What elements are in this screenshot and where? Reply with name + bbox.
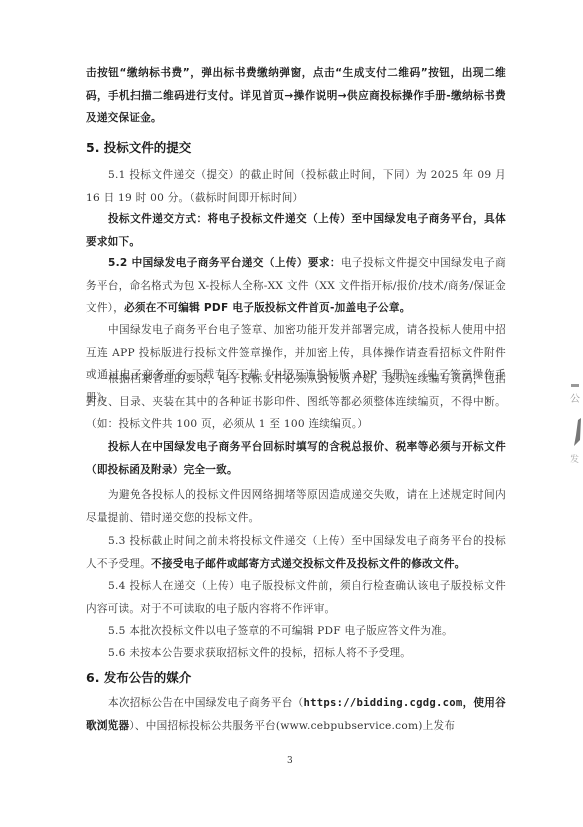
paragraph-5-4: 5.4 投标人在递交（上传）电子版投标文件前，须自行检查确认该电子版投标文件内容… <box>86 575 506 620</box>
paragraph-5-1: 5.1 投标文件递交（提交）的截止时间（投标截止时间，下同）为 2025 年 0… <box>86 164 506 209</box>
seal-stamp-edge-icon: 公 发 <box>568 380 583 470</box>
document-page: 击按钮“缴纳标书费”，弹出标书费缴纳弹窗，点击“生成支付二维码”按钮，出现二维码… <box>0 0 583 827</box>
paragraph-5-3-bold: 不接受电子邮件或邮寄方式递交投标文件及投标文件的修改文件。 <box>151 558 465 570</box>
svg-text:发: 发 <box>570 453 579 465</box>
archive-paragraph: 根据档案管理的要求，电子投标文件必须从封皮页开始，逐页连续编写页码，包括封皮、目… <box>86 368 506 436</box>
paragraph-5-6: 5.6 未按本公告要求获取招标文件的投标，招标人将不予受理。 <box>86 642 506 665</box>
svg-text:公: 公 <box>570 394 580 405</box>
media-paragraph-start: 本次招标公告在中国绿发电子商务平台（ <box>108 697 303 709</box>
paragraph-5-2-requirement: 必须在不可编辑 PDF 电子版投标文件首页-加盖电子公章。 <box>124 302 410 314</box>
consistency-paragraph: 投标人在中国绿发电子商务平台回标时填写的含税总报价、税率等必须与开标文件（即投标… <box>86 436 506 481</box>
media-paragraph: 本次招标公告在中国绿发电子商务平台（https://bidding.cgdg.c… <box>86 692 506 737</box>
section-5-heading: 5. 投标文件的提交 <box>86 138 191 156</box>
paragraph-5-3: 5.3 投标截止时间之前未将投标文件递交（上传）至中国绿发电子商务平台的投标人不… <box>86 530 506 575</box>
network-paragraph: 为避免各投标人的投标文件因网络拥堵等原因造成递交失败，请在上述规定时间内尽量提前… <box>86 484 506 529</box>
media-paragraph-end: ）、中国招标投标公共服务平台(www.cebpubservice.com)上发布 <box>129 720 455 732</box>
paragraph-5-2-title: 5.2 中国绿发电子商务平台递交（上传）要求： <box>108 257 341 269</box>
paragraph-5-5: 5.5 本批次投标文件以电子签章的不可编辑 PDF 电子版应答文件为准。 <box>86 620 506 643</box>
page-number: 3 <box>287 756 293 766</box>
paragraph-5-2: 5.2 中国绿发电子商务平台递交（上传）要求：电子投标文件提交中国绿发电子商务平… <box>86 252 506 320</box>
intro-paragraph: 击按钮“缴纳标书费”，弹出标书费缴纳弹窗，点击“生成支付二维码”按钮，出现二维码… <box>86 62 506 130</box>
section-6-heading: 6. 发布公告的媒介 <box>86 668 191 686</box>
submission-method-paragraph: 投标文件递交方式：将电子投标文件递交（上传）至中国绿发电子商务平台，具体要求如下… <box>86 208 506 253</box>
